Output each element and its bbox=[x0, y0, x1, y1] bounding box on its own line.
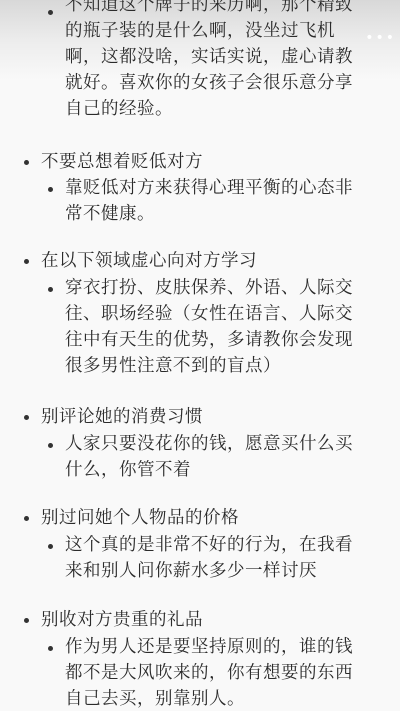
bullet-icon bbox=[24, 516, 29, 521]
heading-text: 别收对方贵重的礼品 bbox=[41, 607, 371, 633]
bullet-icon bbox=[48, 187, 53, 192]
bullet-icon bbox=[24, 415, 29, 420]
heading-text: 不要总想着贬低对方 bbox=[41, 149, 371, 175]
detail-text: 这个真的是非常不好的行为，在我看来和别人问你薪水多少一样讨厌 bbox=[65, 532, 370, 584]
more-options-icon[interactable]: ••• bbox=[365, 30, 396, 46]
bullet-icon bbox=[48, 544, 53, 549]
bullet-icon bbox=[48, 646, 53, 651]
bullet-icon bbox=[48, 443, 53, 448]
heading-text: 在以下领域虚心向对方学习 bbox=[41, 248, 371, 274]
detail-text: 穿衣打扮、皮肤保养、外语、人际交往、职场经验（女性在语言、人际交往中有天生的优势… bbox=[65, 275, 370, 379]
heading-text: 别评论她的消费习惯 bbox=[41, 404, 371, 430]
detail-text: 不知道这个牌子的来历啊，那个精致的瓶子装的是什么啊，没坐过飞机啊，这都没啥，实话… bbox=[65, 0, 370, 122]
bullet-icon bbox=[48, 10, 53, 15]
bullet-icon bbox=[48, 287, 53, 292]
detail-text: 靠贬低对方来获得心理平衡的心态非常不健康。 bbox=[65, 175, 370, 227]
detail-text: 人家只要没花你的钱，愿意买什么买什么，你管不着 bbox=[65, 431, 370, 483]
bullet-icon bbox=[24, 618, 29, 623]
heading-text: 别过问她个人物品的价格 bbox=[41, 505, 371, 531]
bullet-icon bbox=[24, 259, 29, 264]
detail-text: 作为男人还是要坚持原则的，谁的钱都不是大风吹来的，你有想要的东西自己去买，别靠别… bbox=[65, 634, 370, 711]
bullet-icon bbox=[24, 160, 29, 165]
